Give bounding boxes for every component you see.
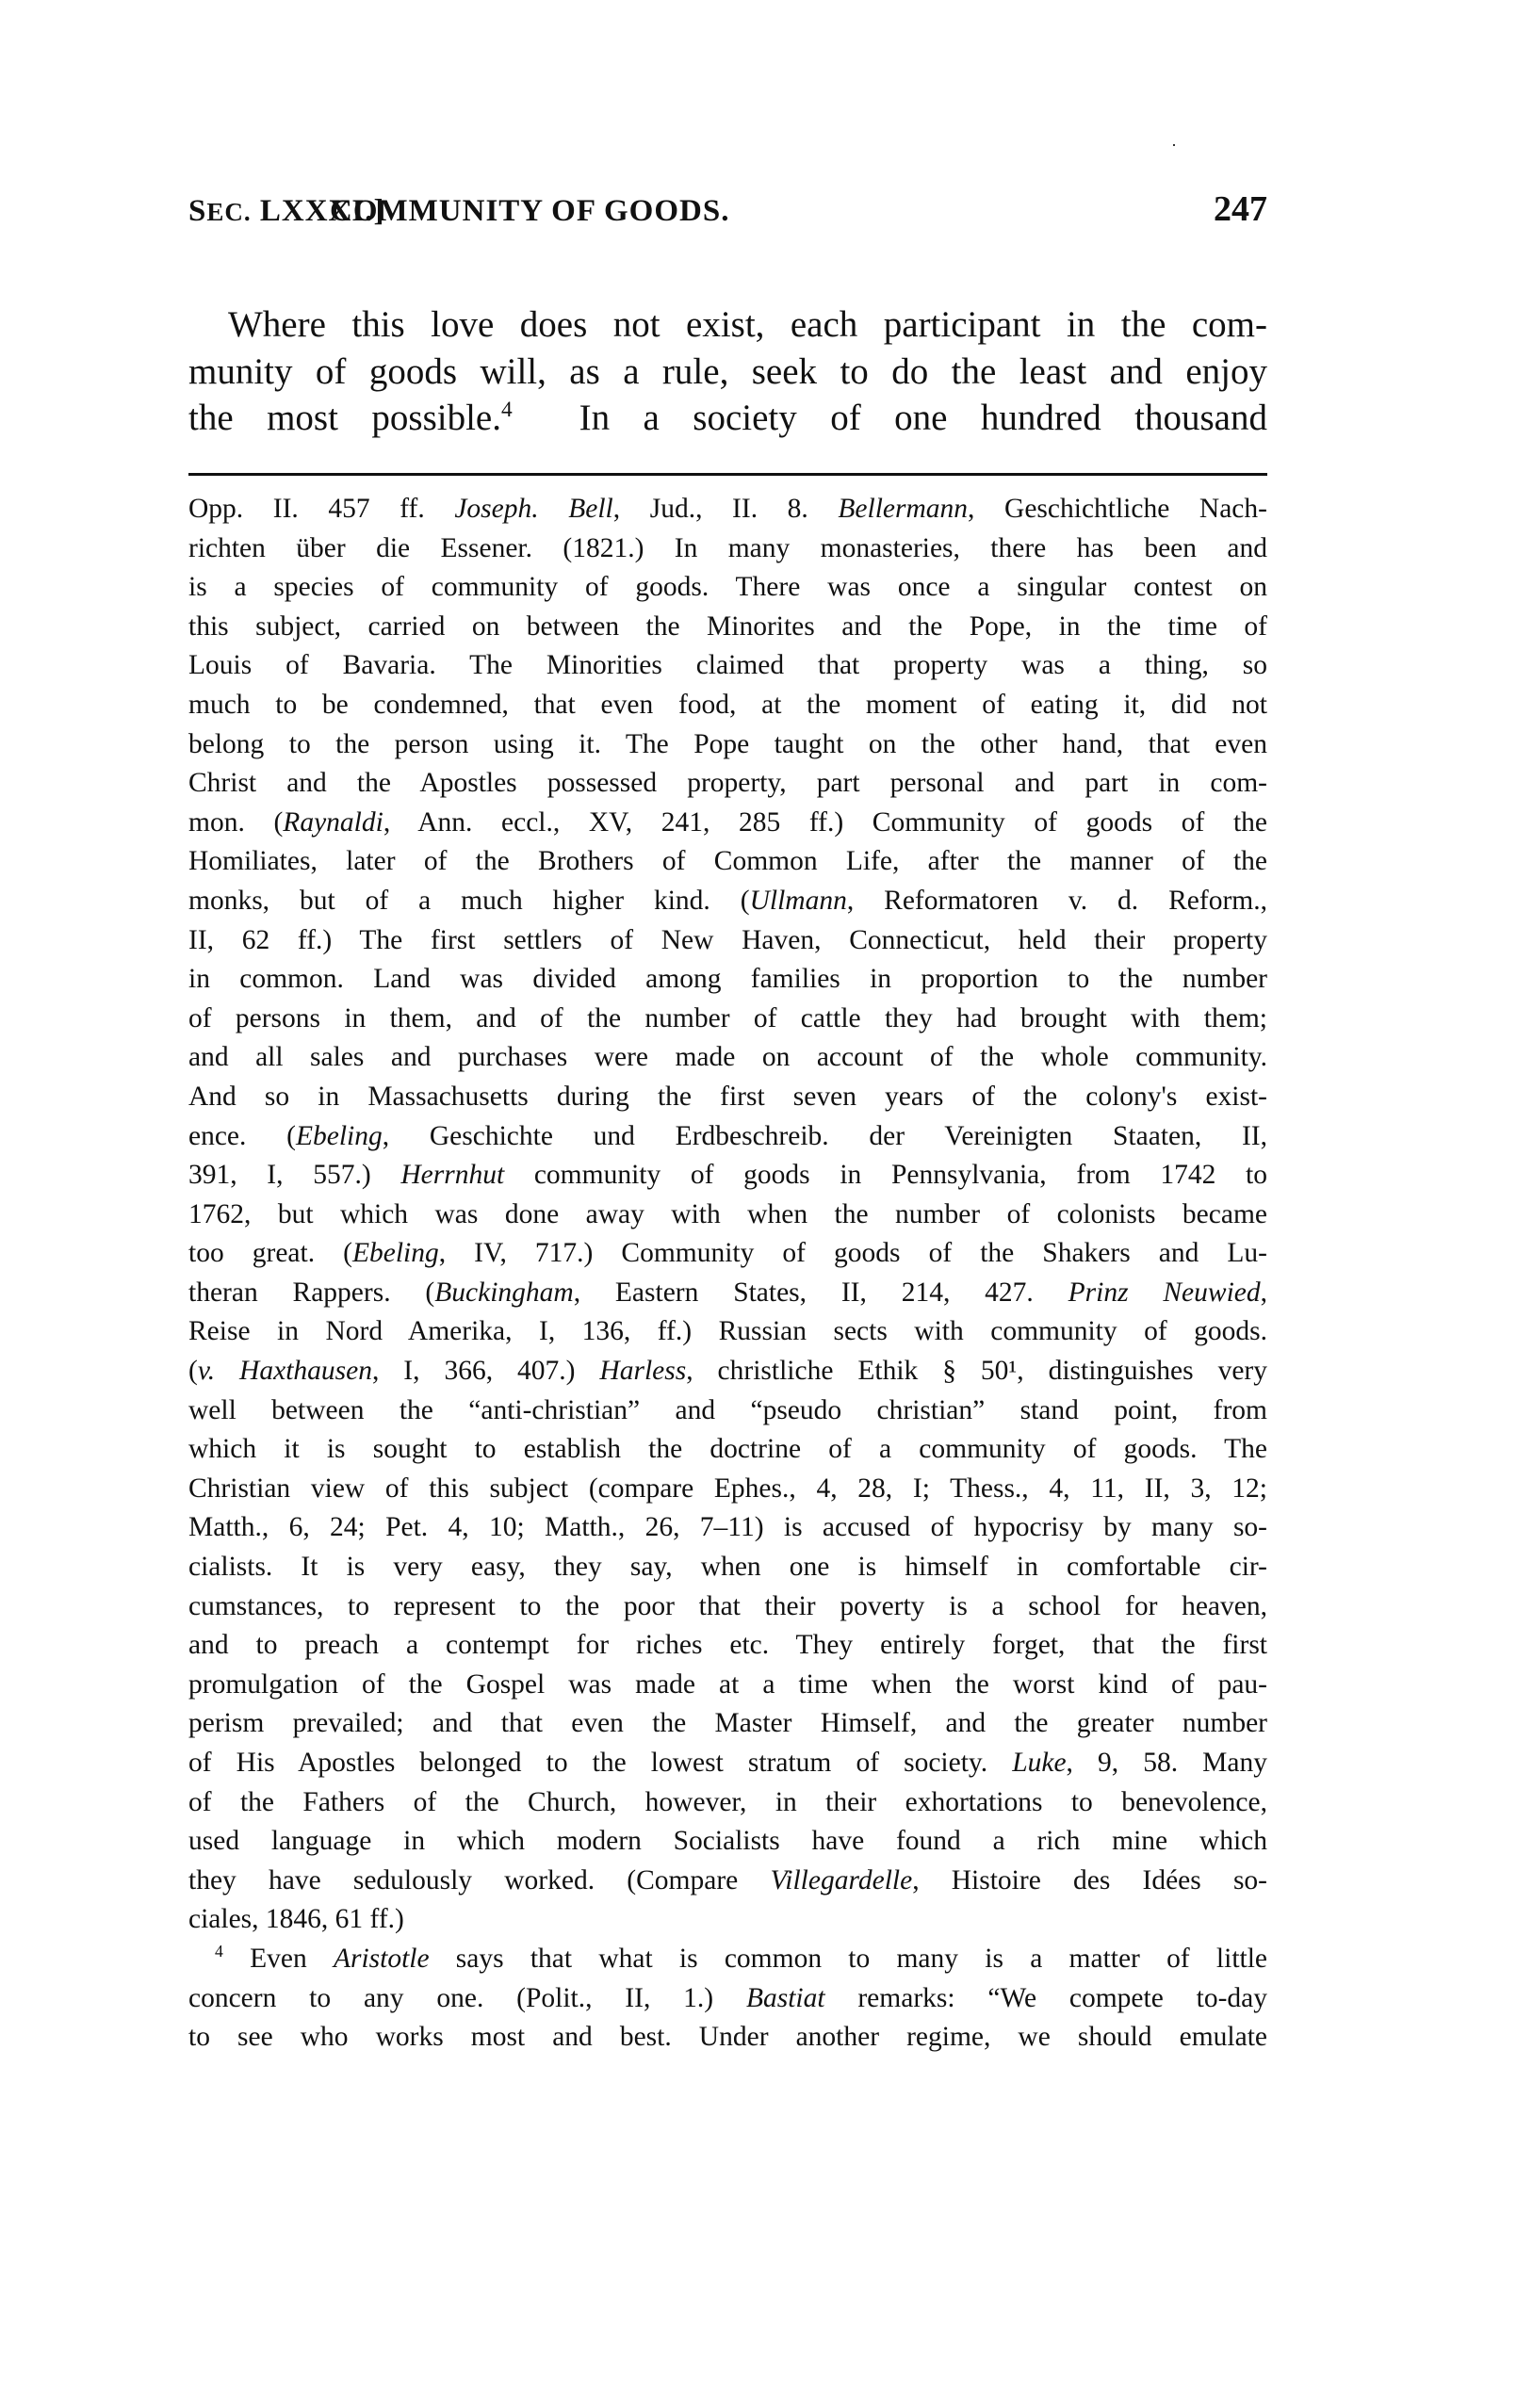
footnote-line: ence. (Ebeling, Geschichte und Erdbeschr… <box>188 1117 1267 1157</box>
scan-speck <box>1173 144 1175 146</box>
footnote-marker: 4 <box>215 1942 223 1961</box>
footnote-line: much to be condemned, that even food, at… <box>188 686 1267 725</box>
footnote-line: 4 Even Aristotle says that what is commo… <box>188 1940 1267 1979</box>
footnote-line: concern to any one. (Polit., II, 1.) Bas… <box>188 1979 1267 2019</box>
footnote-line: monks, but of a much higher kind. (Ullma… <box>188 882 1267 921</box>
footnote-line: used language in which modern Socialists… <box>188 1822 1267 1862</box>
footnote-line: Louis of Bavaria. The Minorities claimed… <box>188 646 1267 686</box>
footnote-continued: Opp. II. 457 ff. Joseph. Bell, Jud., II.… <box>188 490 1267 1940</box>
footnote-line: And so in Massachusetts during the first… <box>188 1078 1267 1117</box>
footnote-line: Matth., 6, 24; Pet. 4, 10; Matth., 26, 7… <box>188 1508 1267 1548</box>
footnote-line: is a species of community of goods. Ther… <box>188 568 1267 608</box>
footnote-line: II, 62 ff.) The first settlers of New Ha… <box>188 921 1267 961</box>
footnote-line: richten über die Essener. (1821.) In man… <box>188 529 1267 569</box>
main-text-line: the most possible.4 In a society of one … <box>188 395 1267 442</box>
running-header: SEC. LXXXI.] COMMUNITY OF GOODS. 247 <box>188 188 1267 236</box>
footnote-line: of His Apostles belonged to the lowest s… <box>188 1744 1267 1783</box>
footnote-line: (v. Haxthausen, I, 366, 407.) Harless, c… <box>188 1352 1267 1391</box>
footnote-line: perism prevailed; and that even the Mast… <box>188 1704 1267 1744</box>
footnote-line: Christian view of this subject (compare … <box>188 1470 1267 1509</box>
main-text-line: munity of goods will, as a rule, seek to… <box>188 349 1267 396</box>
footnote-line: 391, I, 557.) Herrnhut community of good… <box>188 1156 1267 1196</box>
footnote-ref: 4 <box>501 398 513 422</box>
footnote-line: which it is sought to establish the doct… <box>188 1430 1267 1470</box>
footnote-line: ciales, 1846, 61 ff.) <box>188 1900 1267 1940</box>
footnote-line: cialists. It is very easy, they say, whe… <box>188 1548 1267 1587</box>
footnote-line: promulgation of the Gospel was made at a… <box>188 1666 1267 1705</box>
footnote-line: they have sedulously worked. (Compare Vi… <box>188 1862 1267 1901</box>
footnote-4: 4 Even Aristotle says that what is commo… <box>188 1940 1267 2058</box>
footnote-line: Homiliates, later of the Brothers of Com… <box>188 842 1267 882</box>
footnote-line: this subject, carried on between the Min… <box>188 608 1267 647</box>
page-number: 247 <box>1214 188 1267 230</box>
footnote-line: theran Rappers. (Buckingham, Eastern Sta… <box>188 1274 1267 1313</box>
footnote-line: belong to the person using it. The Pope … <box>188 725 1267 765</box>
main-text-line: Where this love does not exist, each par… <box>188 301 1267 349</box>
footnote-rule <box>188 473 1267 476</box>
footnote-line: Christ and the Apostles possessed proper… <box>188 764 1267 804</box>
footnote-line: Opp. II. 457 ff. Joseph. Bell, Jud., II.… <box>188 490 1267 529</box>
footnote-line: well between the “anti-christian” and “p… <box>188 1391 1267 1431</box>
footnote-line: and all sales and purchases were made on… <box>188 1038 1267 1078</box>
footnote-line: mon. (Raynaldi, Ann. eccl., XV, 241, 285… <box>188 804 1267 843</box>
running-title: COMMUNITY OF GOODS. <box>330 194 729 229</box>
footnotes: Opp. II. 457 ff. Joseph. Bell, Jud., II.… <box>188 490 1267 2058</box>
footnote-line: of the Fathers of the Church, however, i… <box>188 1783 1267 1823</box>
footnote-line: and to preach a contempt for riches etc.… <box>188 1626 1267 1666</box>
footnote-line: cumstances, to represent to the poor tha… <box>188 1587 1267 1627</box>
footnote-line: 1762, but which was done away with when … <box>188 1196 1267 1235</box>
footnote-line: of persons in them, and of the number of… <box>188 1000 1267 1039</box>
footnote-line: to see who works most and best. Under an… <box>188 2018 1267 2058</box>
main-text: Where this love does not exist, each par… <box>188 301 1267 442</box>
footnote-line: too great. (Ebeling, IV, 717.) Community… <box>188 1234 1267 1274</box>
footnote-line: Reise in Nord Amerika, I, 136, ff.) Russ… <box>188 1312 1267 1352</box>
footnote-line: in common. Land was divided among famili… <box>188 960 1267 1000</box>
